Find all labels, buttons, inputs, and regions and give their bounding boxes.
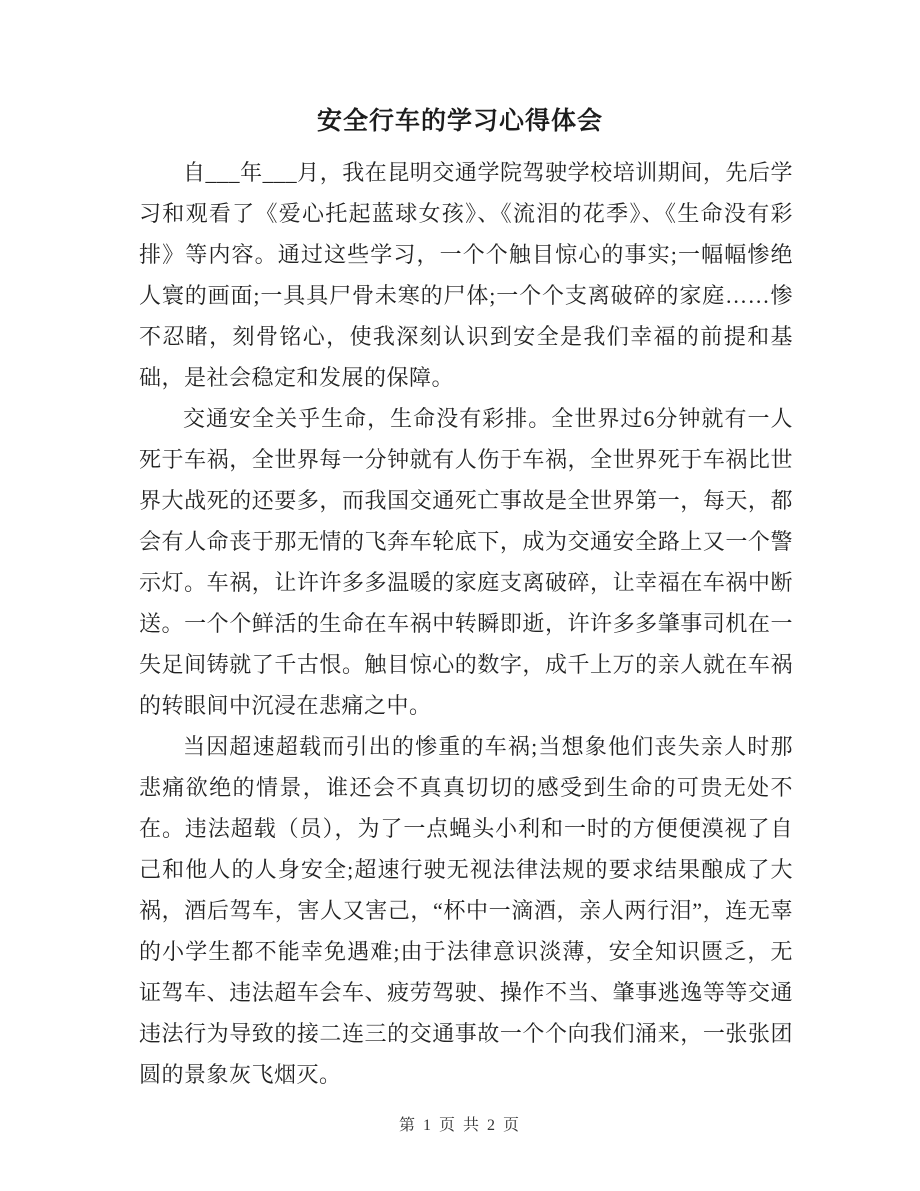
document-page: 安全行车的学习心得体会 自___年___月，我在昆明交通学院驾驶学校培训期间，先…	[0, 0, 920, 1191]
body-paragraph: 当因超速超载而引出的惨重的车祸;当想象他们丧失亲人时那悲痛欲绝的情景，谁还会不真…	[139, 726, 793, 1095]
document-title: 安全行车的学习心得体会	[0, 106, 920, 138]
document-body: 自___年___月，我在昆明交通学院驾驶学校培训期间，先后学习和观看了《爱心托起…	[139, 152, 793, 1095]
body-paragraph: 自___年___月，我在昆明交通学院驾驶学校培训期间，先后学习和观看了《爱心托起…	[139, 152, 793, 398]
page-footer: 第 1 页 共 2 页	[0, 1114, 920, 1138]
body-paragraph: 交通安全关乎生命，生命没有彩排。全世界过6分钟就有一人死于车祸，全世界每一分钟就…	[139, 398, 793, 726]
